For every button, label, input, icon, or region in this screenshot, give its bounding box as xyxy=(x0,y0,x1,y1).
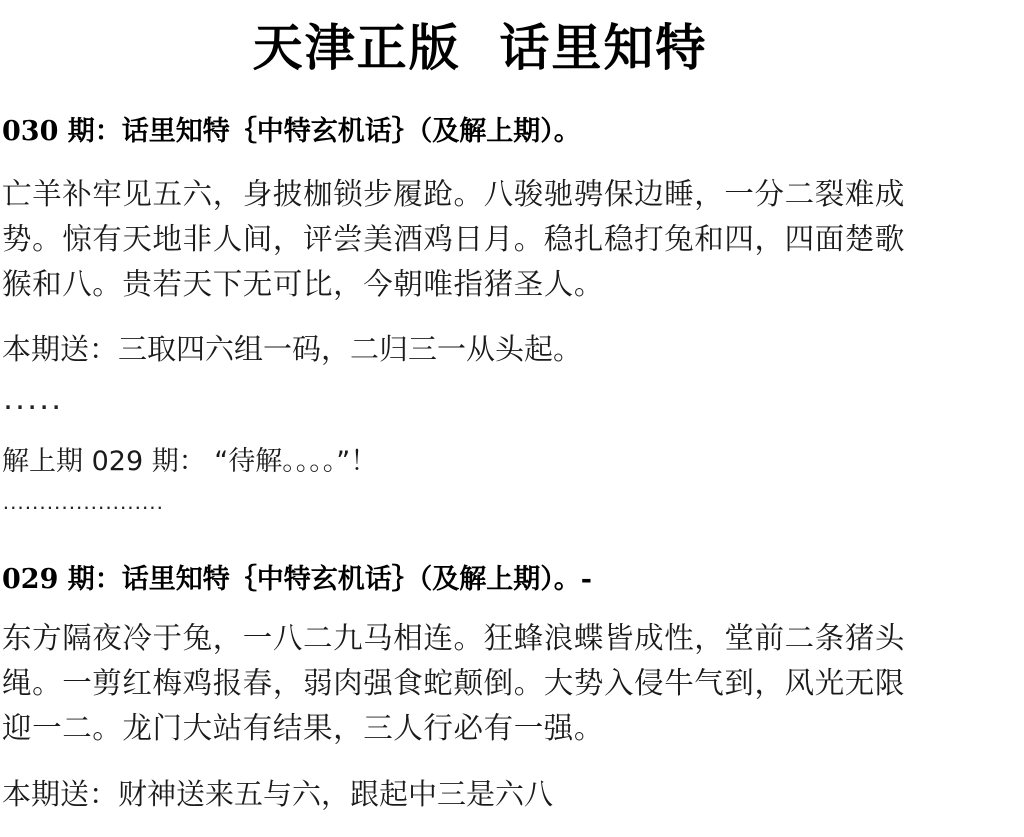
separator-short: ..... xyxy=(2,390,62,414)
previous-solution-line: 解上期 029 期： “待解。。。。”！ xyxy=(2,444,377,480)
section-030-gift-line: 本期送：三取四六组一码，二归三一从头起。 xyxy=(2,331,582,367)
poem-line: 亡羊补牢见五六，身披枷锁步履跄。八骏驰骋保边睡，一分二裂难成 xyxy=(2,172,1024,217)
section-029-heading: 029 期：话里知特｛中特玄机话｝（及解上期）。- xyxy=(2,562,592,598)
section-030-heading: 030 期：话里知特｛中特玄机话｝（及解上期）。 xyxy=(2,114,581,150)
section-029-poem: 东方隔夜冷于兔，一八二九马相连。狂蜂浪蝶皆成性，堂前二条猪头 绳。一剪红梅鸡报春… xyxy=(2,616,1024,751)
poem-line: 迎一二。龙门大站有结果，三人行必有一强。 xyxy=(2,706,1024,751)
separator-long: ...................... xyxy=(2,498,163,513)
section-030-poem: 亡羊补牢见五六，身披枷锁步履跄。八骏驰骋保边睡，一分二裂难成 势。惊有天地非人间… xyxy=(2,172,1024,307)
poem-line: 猴和八。贵若天下无可比，今朝唯指猪圣人。 xyxy=(2,262,1024,307)
page-title: 天津正版 话里知特 xyxy=(0,8,960,80)
poem-line: 绳。一剪红梅鸡报春，弱肉强食蛇颠倒。大势入侵牛气到，风光无限 xyxy=(2,661,1024,706)
poem-line: 势。惊有天地非人间，评尝美酒鸡日月。稳扎稳打兔和四，四面楚歌 xyxy=(2,217,1024,262)
poem-line: 东方隔夜冷于兔，一八二九马相连。狂蜂浪蝶皆成性，堂前二条猪头 xyxy=(2,616,1024,661)
section-029-gift-line: 本期送：财神送来五与六，跟起中三是六八 xyxy=(2,776,553,812)
